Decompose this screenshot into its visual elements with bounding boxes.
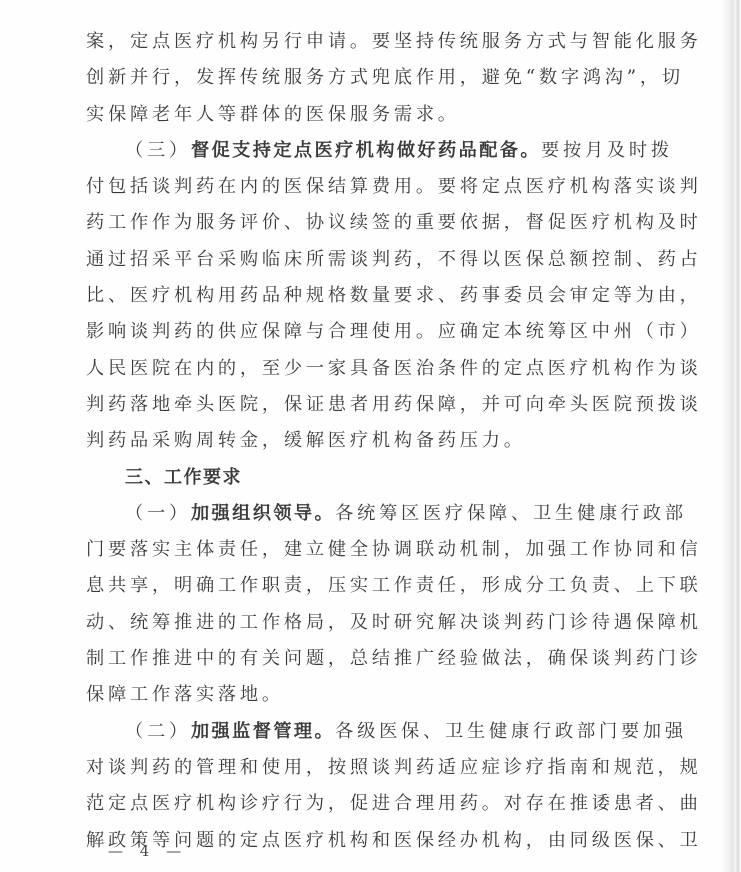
item-label: （一）: [125, 503, 191, 524]
text-line-first: （二）加强监督管理。各级医保、卫生健康行政部门要加强: [86, 714, 631, 750]
text-line: 实保障老年人等群体的医保服务需求。: [86, 97, 631, 133]
text-line: 人民医院在内的，至少一家具备医治条件的定点医疗机构作为谈: [86, 351, 631, 387]
paragraph-item-3: （三）督促支持定点医疗机构做好药品配备。要按月及时拨 付包括谈判药在内的医保结算…: [86, 133, 631, 460]
text-line: 比、医疗机构用药品种规格数量要求、药事委员会审定等为由，: [86, 278, 631, 314]
text-line: 案，定点医疗机构另行申请。要坚持传统服务方式与智能化服务: [86, 24, 631, 60]
section-heading: 三、工作要求: [86, 460, 631, 496]
text-line: 对谈判药的管理和使用，按照谈判药适应症诊疗指南和规范，规: [86, 750, 631, 786]
text-line: 制工作推进中的有关问题，总结推广经验做法，确保谈判药门诊: [86, 641, 631, 677]
paragraph-item-2: （二）加强监督管理。各级医保、卫生健康行政部门要加强 对谈判药的管理和使用，按照…: [86, 714, 631, 859]
item-text: 要按月及时拨: [541, 140, 673, 161]
text-line-first: （三）督促支持定点医疗机构做好药品配备。要按月及时拨: [86, 133, 631, 169]
item-bold-title: 加强组织领导。: [191, 503, 335, 524]
item-label: （三）: [125, 140, 191, 161]
item-label: （二）: [125, 721, 191, 742]
text-line: 门要落实主体责任，建立健全协调联动机制，加强工作协同和信: [86, 532, 631, 568]
text-line: 保障工作落实落地。: [86, 677, 631, 713]
document-page: 案，定点医疗机构另行申请。要坚持传统服务方式与智能化服务 创新并行，发挥传统服务…: [0, 0, 741, 872]
item-bold-title: 督促支持定点医疗机构做好药品配备。: [191, 140, 541, 161]
text-line: 息共享，明确工作职责，压实工作责任，形成分工负责、上下联: [86, 568, 631, 604]
text-line-first: （一）加强组织领导。各统筹区医疗保障、卫生健康行政部: [86, 496, 631, 532]
paragraph-item-1: （一）加强组织领导。各统筹区医疗保障、卫生健康行政部 门要落实主体责任，建立健全…: [86, 496, 631, 714]
paragraph-continued: 案，定点医疗机构另行申请。要坚持传统服务方式与智能化服务 创新并行，发挥传统服务…: [86, 24, 631, 133]
text-line: 判药品采购周转金，缓解医疗机构备药压力。: [86, 423, 631, 459]
document-body: 案，定点医疗机构另行申请。要坚持传统服务方式与智能化服务 创新并行，发挥传统服务…: [86, 24, 631, 859]
text-line: 付包括谈判药在内的医保结算费用。要将定点医疗机构落实谈判: [86, 169, 631, 205]
text-line: 通过招采平台采购临床所需谈判药，不得以医保总额控制、药占: [86, 242, 631, 278]
page-edge-shadow: [721, 0, 741, 872]
text-line: 药工作作为服务评价、协议续签的重要依据，督促医疗机构及时: [86, 205, 631, 241]
text-line: 判药落地牵头医院，保证患者用药保障，并可向牵头医院预拨谈: [86, 387, 631, 423]
item-text: 各级医保、卫生健康行政部门要加强: [335, 721, 687, 742]
item-text: 各统筹区医疗保障、卫生健康行政部: [335, 503, 687, 524]
text-line: 范定点医疗机构诊疗行为，促进合理用药。对存在推诿患者、曲: [86, 786, 631, 822]
page-number: — 4 —: [108, 842, 187, 860]
text-line: 动、统筹推进的工作格局，及时研究解决谈判药门诊待遇保障机: [86, 605, 631, 641]
item-bold-title: 加强监督管理。: [191, 721, 335, 742]
text-line: 创新并行，发挥传统服务方式兜底作用，避免“数字鸿沟”，切: [86, 60, 631, 96]
text-line: 影响谈判药的供应保障与合理使用。应确定本统筹区中州（市）: [86, 314, 631, 350]
